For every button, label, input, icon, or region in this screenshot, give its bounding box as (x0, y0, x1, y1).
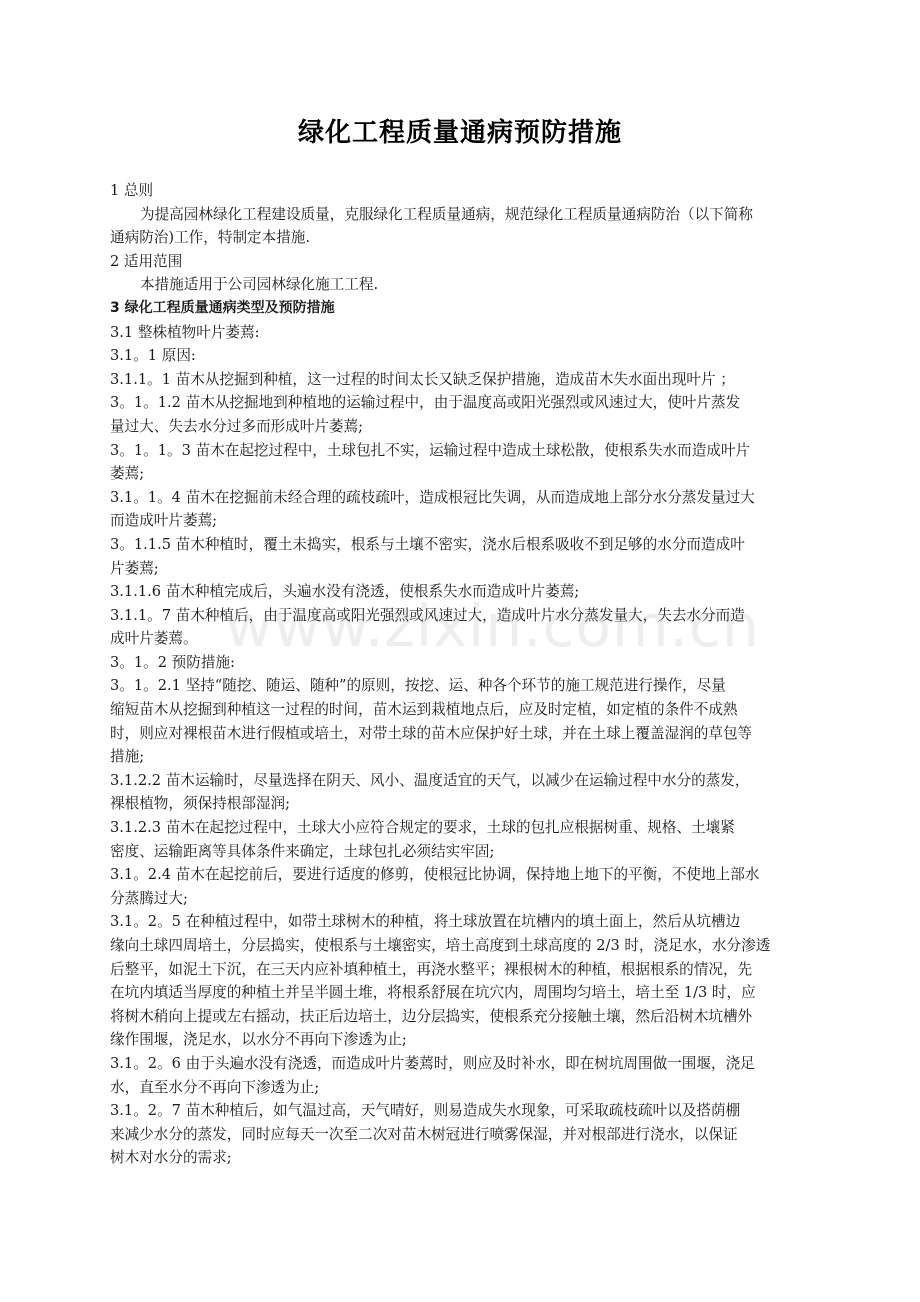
text-line: 3.1。2。6 由于头遍水没有浇透，而造成叶片萎蔫时，则应及时补水，即在树坑周围… (110, 1052, 812, 1076)
text-line: 缘向土球四周培土，分层捣实，使根系与土壤密实，培土高度到土球高度的 2/3 时，… (110, 934, 812, 958)
text-line: 密度、运输距离等具体条件来确定，土球包扎必须结实牢固; (110, 840, 812, 864)
document-page: 绿化工程质量通病预防措施 1 总则为提高园林绿化工程建设质量，克服绿化工程质量通… (0, 0, 920, 1302)
text-line: 3.1。1 原因: (110, 344, 812, 368)
text-line: 3。1。2.1 坚持“随挖、随运、随种”的原则，按挖、运、种各个环节的施工规范进… (110, 674, 812, 698)
text-line: 3.1.1.6 苗木种植完成后，头遍水没有浇透，使根系失水而造成叶片萎蔫; (110, 580, 812, 604)
text-line: 3。1。2 预防措施: (110, 651, 812, 675)
text-line: 3.1.2.3 苗木在起挖过程中，土球大小应符合规定的要求，土球的包扎应根据树重… (110, 816, 812, 840)
text-line: 3.1。2。5 在种植过程中，如带土球树木的种植，将土球放置在坑槽内的填土面上，… (110, 910, 812, 934)
text-line: 来减少水分的蒸发，同时应每天一次至二次对苗木树冠进行喷雾保湿，并对根部进行浇水，… (110, 1123, 812, 1147)
text-line: 萎蔫; (110, 462, 812, 486)
text-line: 裸根植物，须保持根部湿润; (110, 792, 812, 816)
text-line: 树木对水分的需求; (110, 1146, 812, 1170)
text-line: 通病防治)工作，特制定本措施. (110, 226, 812, 250)
section-heading: 3 绿化工程质量通病类型及预防措施 (110, 297, 812, 321)
text-line: 本措施适用于公司园林绿化施工工程. (110, 273, 812, 297)
document-title: 绿化工程质量通病预防措施 (0, 112, 920, 149)
text-line: 在坑内填适当厚度的种植土并呈半圆土堆，将根系舒展在坑穴内，周围均匀培土，培土至 … (110, 981, 812, 1005)
text-line: 时，则应对裸根苗木进行假植或培土，对带土球的苗木应保护好土球，并在土球上覆盖湿润… (110, 722, 812, 746)
text-line: 3.1。2.4 苗木在起挖前后，要进行适度的修剪，使根冠比协调，保持地上地下的平… (110, 863, 812, 887)
text-line: 3。1。1。3 苗木在起挖过程中，土球包扎不实，运输过程中造成土球松散，使根系失… (110, 439, 812, 463)
text-line: 3.1。1。4 苗木在挖掘前未经合理的疏枝疏叶，造成根冠比失调，从而造成地上部分… (110, 486, 812, 510)
text-line: 3.1。2。7 苗木种植后，如气温过高，天气晴好，则易造成失水现象，可采取疏枝疏… (110, 1099, 812, 1123)
document-body: 1 总则为提高园林绿化工程建设质量，克服绿化工程质量通病，规范绿化工程质量通病防… (110, 179, 812, 1170)
text-line: 3.1.2.2 苗木运输时，尽量选择在阴天、风小、温度适宜的天气，以减少在运输过… (110, 769, 812, 793)
text-line: 将树木稍向上提或左右摇动，扶正后边培土，边分层捣实，使根系充分接触土壤，然后沿树… (110, 1005, 812, 1029)
text-line: 为提高园林绿化工程建设质量，克服绿化工程质量通病，规范绿化工程质量通病防治（以下… (110, 203, 812, 227)
text-line: 而造成叶片萎蔫; (110, 509, 812, 533)
text-line: 成叶片萎蔫。 (110, 627, 812, 651)
text-line: 2 适用范围 (110, 250, 812, 274)
text-line: 缘作围堰，浇足水，以水分不再向下渗透为止; (110, 1028, 812, 1052)
text-line: 3.1 整株植物叶片萎蔫: (110, 321, 812, 345)
text-line: 3.1.1。1 苗木从挖掘到种植，这一过程的时间太长又缺乏保护措施，造成苗木失水… (110, 368, 812, 392)
text-line: 3。1.1.5 苗木种植时，覆土未捣实，根系与土壤不密实，浇水后根系吸收不到足够… (110, 533, 812, 557)
text-line: 1 总则 (110, 179, 812, 203)
text-line: 措施; (110, 745, 812, 769)
text-line: 后整平，如泥土下沉，在三天内应补填种植土，再浇水整平；裸根树木的种植，根据根系的… (110, 958, 812, 982)
text-line: 分蒸腾过大; (110, 887, 812, 911)
text-line: 水，直至水分不再向下渗透为止; (110, 1076, 812, 1100)
text-line: 量过大、失去水分过多而形成叶片萎蔫; (110, 415, 812, 439)
text-line: 3。1。1.2 苗木从挖掘地到种植地的运输过程中，由于温度高或阳光强烈或风速过大… (110, 391, 812, 415)
text-line: 片萎蔫; (110, 557, 812, 581)
text-line: 3.1.1。7 苗木种植后，由于温度高或阳光强烈或风速过大，造成叶片水分蒸发量大… (110, 604, 812, 628)
text-line: 缩短苗木从挖掘到种植这一过程的时间，苗木运到栽植地点后，应及时定植，如定植的条件… (110, 698, 812, 722)
